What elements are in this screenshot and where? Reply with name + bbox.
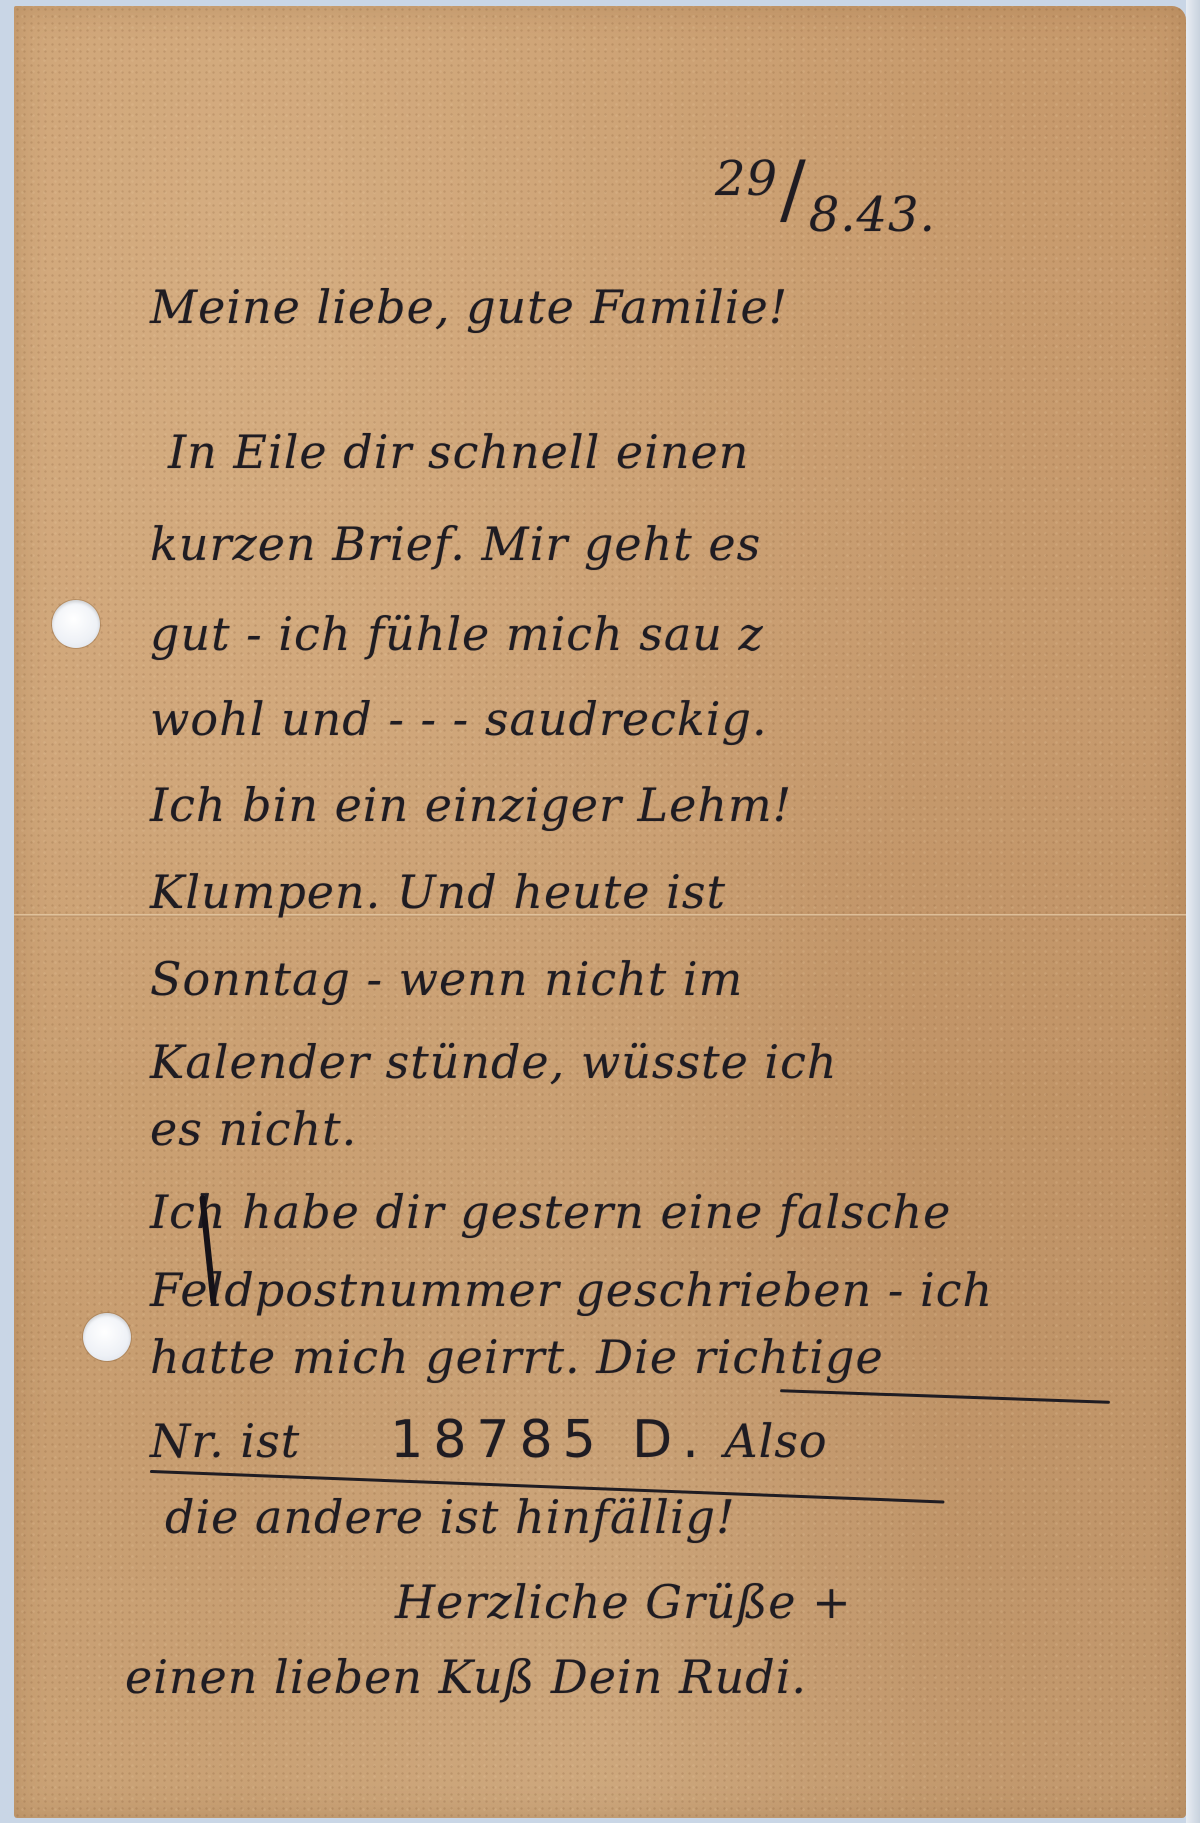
letter-line: Klumpen. Und heute ist — [150, 865, 726, 919]
date-slash: / — [780, 144, 807, 233]
letter-line: die andere ist hinfällig! — [165, 1490, 735, 1544]
letter-line: Feldpostnummer geschrieben - ich — [150, 1263, 993, 1317]
letter-line: Sonntag - wenn nicht im — [150, 952, 743, 1006]
letter-line: Ich bin ein einziger Lehm! — [150, 778, 792, 832]
closing: Herzliche Grüße + — [395, 1575, 852, 1629]
letter-date: 29/8.43. — [715, 138, 936, 227]
letter-line: Kalender stünde, wüsste ich — [150, 1035, 838, 1089]
date-day: 29 — [715, 151, 778, 207]
number-prefix: Nr. ist — [150, 1414, 300, 1468]
letter-line: kurzen Brief. Mir geht es — [150, 517, 761, 571]
letter-line: gut - ich fühle mich sau z — [150, 607, 764, 661]
letter-line: Ich habe dir gestern eine falsche — [150, 1185, 951, 1239]
date-month-year: 8.43. — [809, 187, 936, 243]
feldpost-number-line: Nr. ist18785 D. Also — [150, 1410, 828, 1470]
letter-line: hatte mich geirrt. Die richtige — [150, 1330, 884, 1384]
scanned-letter: 29/8.43. Meine liebe, gute Familie! In E… — [0, 0, 1200, 1823]
punch-hole-icon — [83, 1313, 131, 1361]
number-suffix: Also — [724, 1414, 827, 1468]
signoff: einen lieben Kuß Dein Rudi. — [125, 1650, 807, 1704]
scan-background-edge — [1186, 0, 1200, 1823]
feldpost-number: 18785 D. — [390, 1410, 709, 1470]
letter-line: es nicht. — [150, 1102, 357, 1156]
greeting: Meine liebe, gute Familie! — [150, 280, 788, 334]
letter-line: wohl und - - - saudreckig. — [150, 692, 768, 746]
punch-hole-icon — [52, 600, 100, 648]
letter-line: In Eile dir schnell einen — [168, 425, 749, 479]
